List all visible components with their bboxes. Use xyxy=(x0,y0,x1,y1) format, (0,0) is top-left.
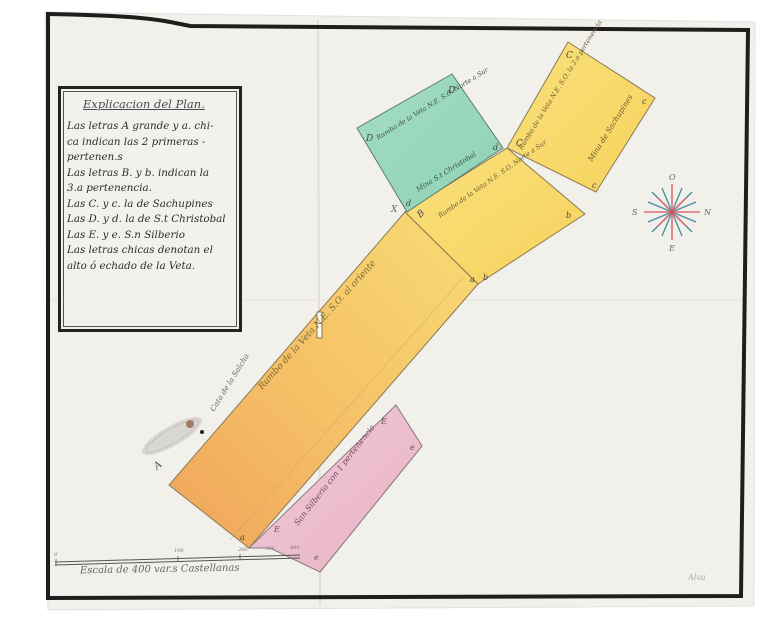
scale-tick: 300 xyxy=(265,546,275,552)
corner-letter-b: b xyxy=(483,273,488,282)
legend-line: ca indican las 2 primeras - xyxy=(67,135,239,151)
scale-tick: 100 xyxy=(174,548,184,554)
compass-left-label: S xyxy=(632,208,638,217)
legend-line: Las letras A grande y a. chi- xyxy=(67,119,239,135)
corner-letter-c: c xyxy=(592,181,597,190)
legend-line: Las D. y d. la de S.t Christobal xyxy=(67,212,239,228)
corner-letter-d: d xyxy=(493,143,498,152)
corner-letter-e: e xyxy=(410,443,415,452)
corner-letter-e: e xyxy=(314,553,319,562)
corner-letter-d: d xyxy=(406,199,411,208)
compass-right-label: N xyxy=(703,208,712,217)
legend-line: alto ó echado de la Veta. xyxy=(67,259,239,275)
legend-line: 3.a pertenencia. xyxy=(67,181,239,197)
scale-tick: 400 xyxy=(289,545,300,551)
legend-box: Explicacion del Plan. Las letras A grand… xyxy=(58,86,242,332)
corner-letter-b: b xyxy=(566,211,571,220)
corner-letter-a: a xyxy=(240,533,245,542)
corner-letter-a: a xyxy=(470,275,475,284)
scale-tick: 200 xyxy=(237,547,248,553)
legend-title: Explicacion del Plan. xyxy=(83,97,205,111)
corner-letter-D: D xyxy=(447,86,455,96)
corner-letter-E: E xyxy=(380,417,387,426)
legend-line: Las letras chicas denotan el xyxy=(67,243,239,259)
legend-text: Las letras A grande y a. chi- ca indican… xyxy=(67,119,239,274)
corner-letter-D: D xyxy=(365,134,373,144)
legend-line: Las C. y c. la de Sachupines xyxy=(67,197,239,213)
corner-letter-c: c xyxy=(642,97,647,106)
corner-letter-E: E xyxy=(273,525,280,534)
legend-line: Las E. y e. S.n Silberio xyxy=(67,228,239,244)
corner-letter-C: C xyxy=(566,51,573,61)
legend-line: Las letras B. y b. indican la xyxy=(67,166,239,182)
compass-top-label: O xyxy=(669,173,676,182)
compass-bottom-label: E xyxy=(668,244,675,253)
legend-line: pertenen.s xyxy=(67,150,239,166)
signature: Alva xyxy=(688,573,706,582)
corner-letter-C: C xyxy=(516,139,523,149)
x-mark: X xyxy=(390,205,398,215)
